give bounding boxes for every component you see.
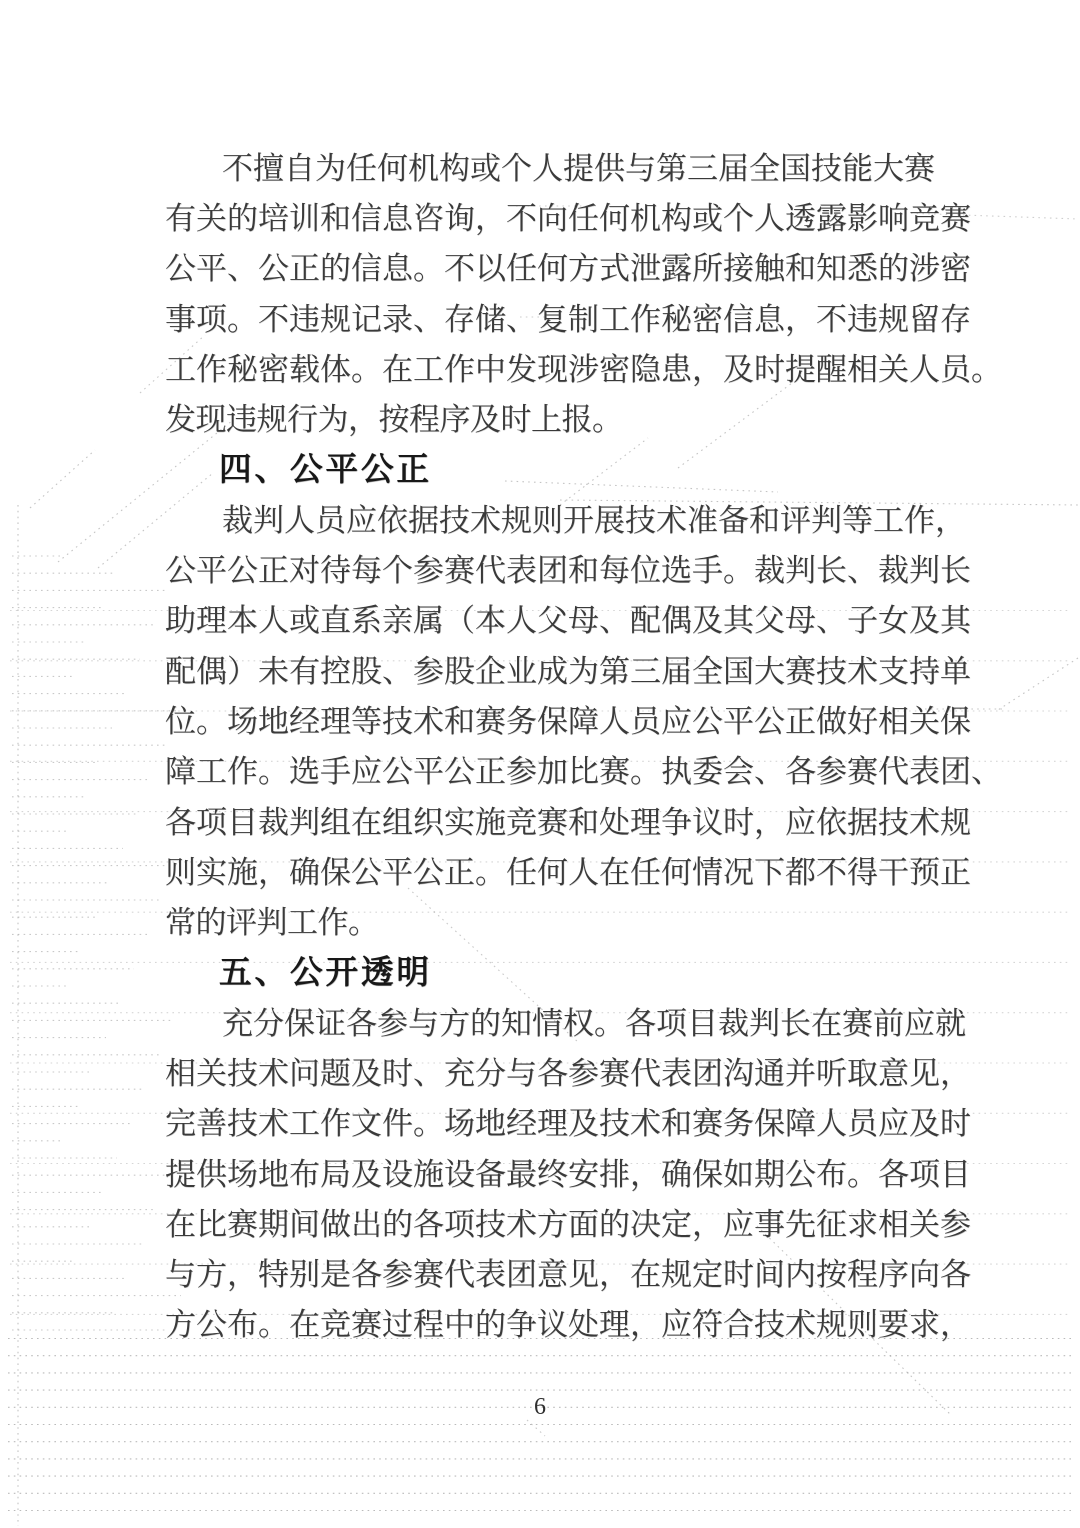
text-line: 工作秘密载体。在工作中发现涉密隐患，及时提醒相关人员。: [165, 341, 925, 391]
text-line: 常的评判工作。: [165, 894, 925, 944]
section-heading-text: 四、公平公正: [219, 444, 432, 490]
text-line: 公平公正对待每个参赛代表团和每位选手。裁判长、裁判长: [165, 542, 925, 592]
text-line: 则实施，确保公平公正。任何人在任何情况下都不得干预正: [165, 844, 925, 894]
text-line: 不擅自为任何机构或个人提供与第三届全国技能大赛: [165, 140, 925, 190]
page-number: 6: [0, 1394, 1080, 1421]
text-line: 方公布。在竞赛过程中的争议处理，应符合技术规则要求，: [165, 1297, 925, 1347]
text-line: 完善技术工作文件。场地经理及技术和赛务保障人员应及时: [165, 1096, 925, 1146]
text-line: 助理本人或直系亲属（本人父母、配偶及其父母、子女及其: [165, 593, 925, 643]
text-line: 与方，特别是各参赛代表团意见，在规定时间内按程序向各: [165, 1247, 925, 1297]
text-line: 相关技术问题及时、充分与各参赛代表团沟通并听取意见，: [165, 1045, 925, 1095]
document-page: 不擅自为任何机构或个人提供与第三届全国技能大赛有关的培训和信息咨询，不向任何机构…: [0, 0, 1080, 1528]
text-line: 各项目裁判组在组织实施竞赛和处理争议时，应依据技术规: [165, 794, 925, 844]
section-heading: 四、公平公正: [165, 442, 925, 492]
text-line: 发现违规行为，按程序及时上报。: [165, 391, 925, 441]
section-heading-text: 五、公开透明: [219, 947, 432, 993]
text-line: 在比赛期间做出的各项技术方面的决定，应事先征求相关参: [165, 1196, 925, 1246]
text-line: 裁判人员应依据技术规则开展技术准备和评判等工作，: [165, 492, 925, 542]
text-line: 公平、公正的信息。不以任何方式泄露所接触和知悉的涉密: [165, 241, 925, 291]
text-line: 配偶）未有控股、参股企业成为第三届全国大赛技术支持单: [165, 643, 925, 693]
text-line: 障工作。选手应公平公正参加比赛。执委会、各参赛代表团、: [165, 744, 925, 794]
text-line: 有关的培训和信息咨询，不向任何机构或个人透露影响竞赛: [165, 190, 925, 240]
text-line: 位。场地经理等技术和赛务保障人员应公平公正做好相关保: [165, 693, 925, 743]
section-heading: 五、公开透明: [165, 945, 925, 995]
text-line: 事项。不违规记录、存储、复制工作秘密信息，不违规留存: [165, 291, 925, 341]
document-body: 不擅自为任何机构或个人提供与第三届全国技能大赛有关的培训和信息咨询，不向任何机构…: [165, 140, 925, 1347]
text-line: 提供场地布局及设施设备最终安排，确保如期公布。各项目: [165, 1146, 925, 1196]
text-line: 充分保证各参与方的知情权。各项目裁判长在赛前应就: [165, 995, 925, 1045]
